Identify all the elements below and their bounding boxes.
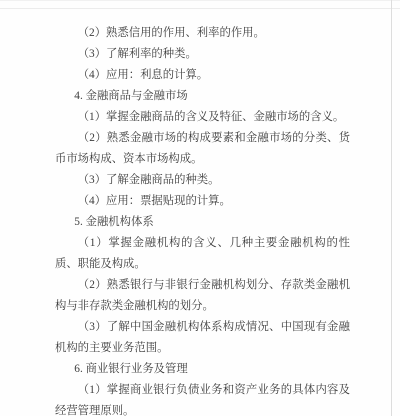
list-item: （1）掌握金融机构的含义、几种主要金融机构的性质、职能及构成。 <box>55 233 350 275</box>
page-right-edge <box>391 0 392 416</box>
section-heading: 5. 金融机构体系 <box>55 212 350 233</box>
list-item: （3）了解中国金融机构体系构成情况、中国现有金融机构的主要业务范围。 <box>55 317 350 359</box>
document-page: （2）熟悉信用的作用、利率的作用。 （3）了解利率的种类。 （4）应用：利息的计… <box>0 0 400 416</box>
page-top-edge <box>0 0 400 1</box>
section-heading: 4. 金融商品与金融市场 <box>55 86 350 107</box>
list-item: （3）了解利率的种类。 <box>55 44 350 65</box>
list-item: （2）熟悉金融市场的构成要素和金融市场的分类、货币市场构成、资本市场构成。 <box>55 128 350 170</box>
list-item: （4）应用：票据贴现的计算。 <box>55 191 350 212</box>
list-item: （2）熟悉信用的作用、利率的作用。 <box>55 23 350 44</box>
list-item: （3）了解金融商品的种类。 <box>55 170 350 191</box>
document-content: （2）熟悉信用的作用、利率的作用。 （3）了解利率的种类。 （4）应用：利息的计… <box>55 23 350 416</box>
list-item: （2）熟悉银行与非银行金融机构划分、存款类金融机构与非存款类金融机构的划分。 <box>55 275 350 317</box>
list-item: （1）掌握金融商品的含义及特征、金融市场的含义。 <box>55 107 350 128</box>
page-top-rule <box>0 8 400 9</box>
section-heading: 6. 商业银行业务及管理 <box>55 359 350 380</box>
list-item: （1）掌握商业银行负债业务和资产业务的具体内容及经营管理原则。 <box>55 380 350 416</box>
list-item: （4）应用：利息的计算。 <box>55 65 350 86</box>
